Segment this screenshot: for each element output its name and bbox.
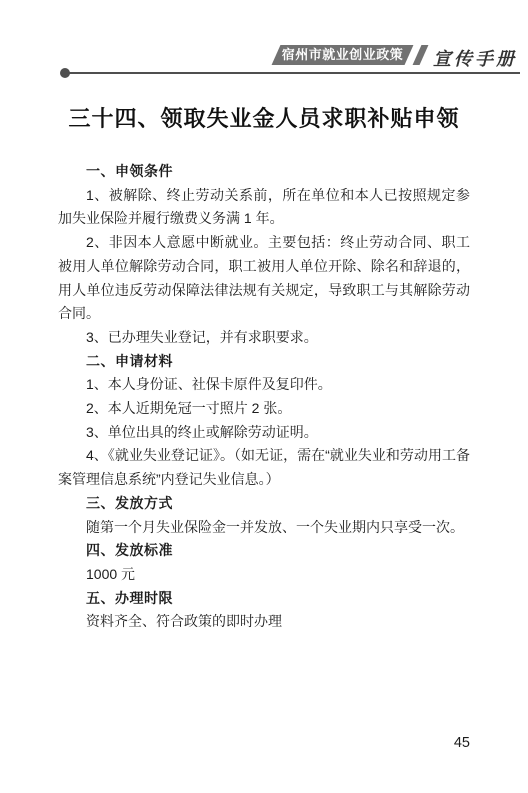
paragraph: 随第一个月失业保险金一并发放、一个失业期内只享受一次。: [58, 516, 470, 540]
paragraph: 3、单位出具的终止或解除劳动证明。: [58, 421, 470, 445]
page-number: 45: [454, 735, 470, 751]
policy-banner: 宿州市就业创业政策: [272, 45, 414, 65]
page-title: 三十四、领取失业金人员求职补贴申领: [0, 102, 528, 133]
section-application-materials: 二、申请材料 1、本人身份证、社保卡原件及复印件。 2、本人近期免冠一寸照片 2…: [58, 350, 470, 492]
banner-slash-icon: [413, 45, 429, 65]
section-distribution-method: 三、发放方式 随第一个月失业保险金一并发放、一个失业期内只享受一次。: [58, 492, 470, 539]
banner-title: 宿州市就业创业政策: [276, 45, 409, 65]
paragraph: 资料齐全、符合政策的即时办理: [58, 610, 470, 634]
section-distribution-standard: 四、发放标准 1000 元: [58, 539, 470, 586]
paragraph: 1000 元: [58, 563, 470, 587]
section-heading: 三、发放方式: [58, 492, 470, 516]
section-application-conditions: 一、申领条件 1、被解除、终止劳动关系前，所在单位和本人已按照规定参加失业保险并…: [58, 160, 470, 350]
policy-content: 一、申领条件 1、被解除、终止劳动关系前，所在单位和本人已按照规定参加失业保险并…: [58, 160, 470, 634]
handbook-label: 宣传手册: [433, 45, 517, 71]
paragraph: 1、本人身份证、社保卡原件及复印件。: [58, 373, 470, 397]
section-heading: 一、申领条件: [58, 160, 470, 184]
section-heading: 五、办理时限: [58, 587, 470, 611]
section-processing-time: 五、办理时限 资料齐全、符合政策的即时办理: [58, 587, 470, 634]
paragraph: 2、本人近期免冠一寸照片 2 张。: [58, 397, 470, 421]
section-heading: 二、申请材料: [58, 350, 470, 374]
rule-start-dot-icon: [60, 68, 70, 78]
paragraph: 3、已办理失业登记，并有求职要求。: [58, 326, 470, 350]
paragraph: 4、《就业失业登记证》。（如无证，需在“就业失业和劳动用工备案管理信息系统”内登…: [58, 444, 470, 491]
paragraph: 1、被解除、终止劳动关系前，所在单位和本人已按照规定参加失业保险并履行缴费义务满…: [58, 184, 470, 231]
header-rule: [62, 72, 520, 74]
section-heading: 四、发放标准: [58, 539, 470, 563]
paragraph: 2、非因本人意愿中断就业。主要包括：终止劳动合同、职工被用人单位解除劳动合同，职…: [58, 231, 470, 326]
